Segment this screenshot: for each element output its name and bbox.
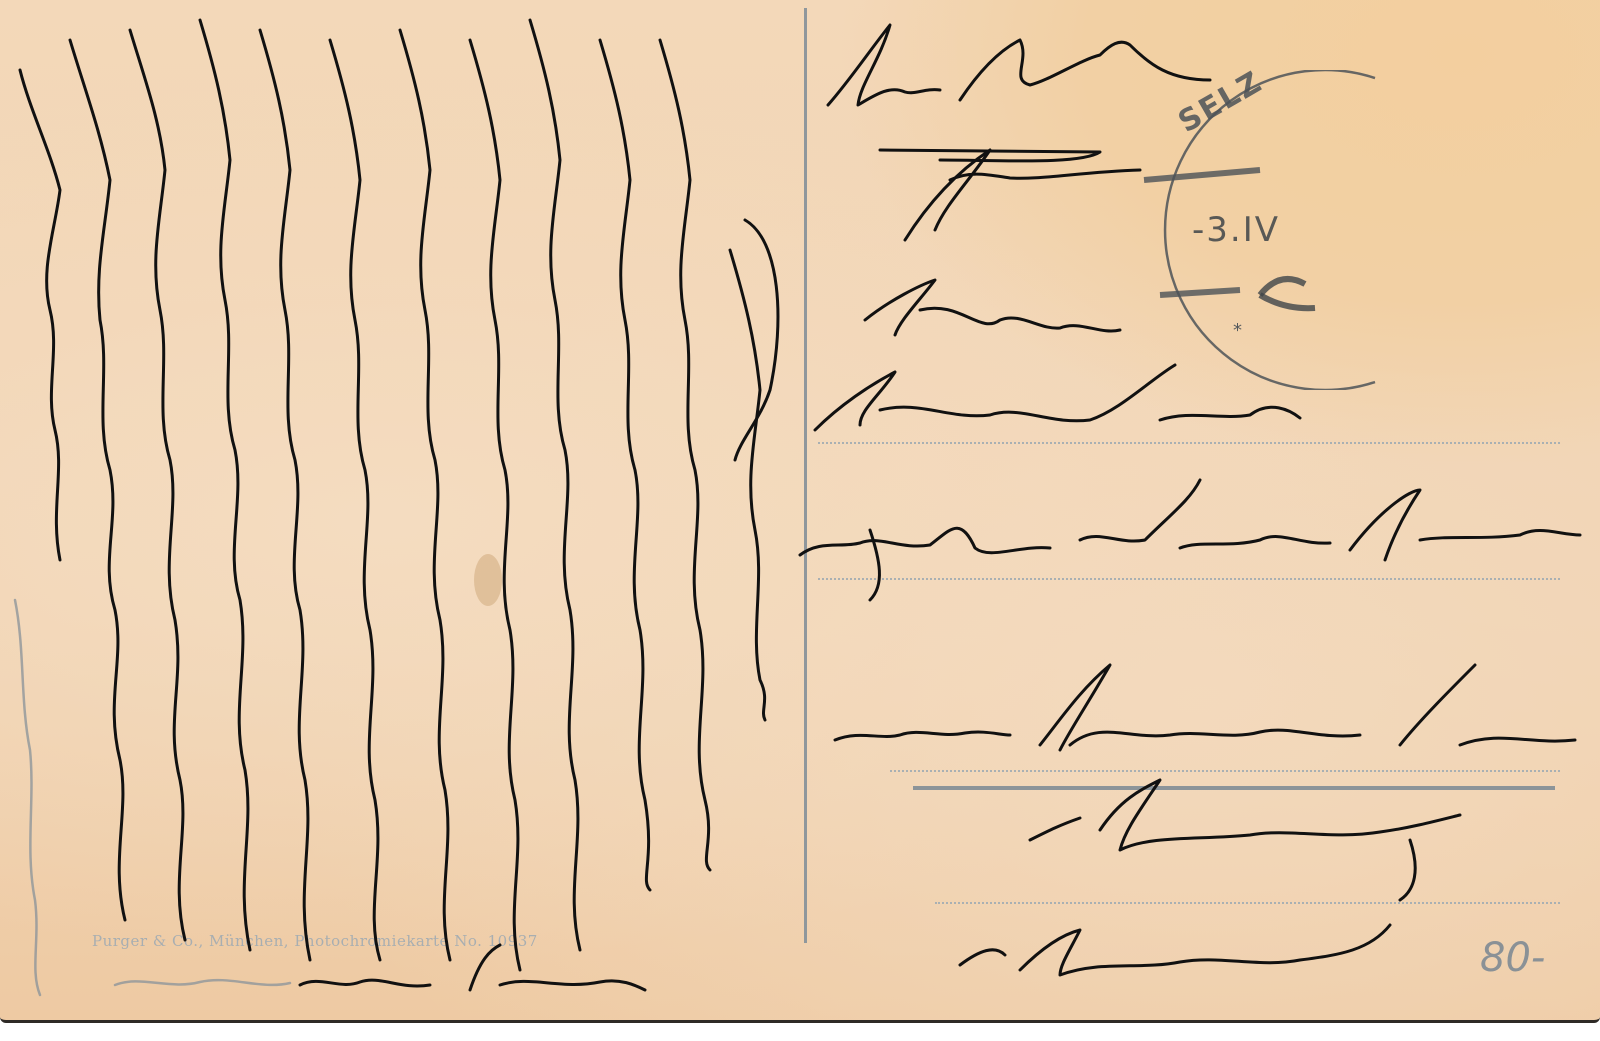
handwriting-strokes (0, 0, 1600, 1020)
postcard: Purger & Co., München, Photochromiekarte… (0, 0, 1600, 1023)
